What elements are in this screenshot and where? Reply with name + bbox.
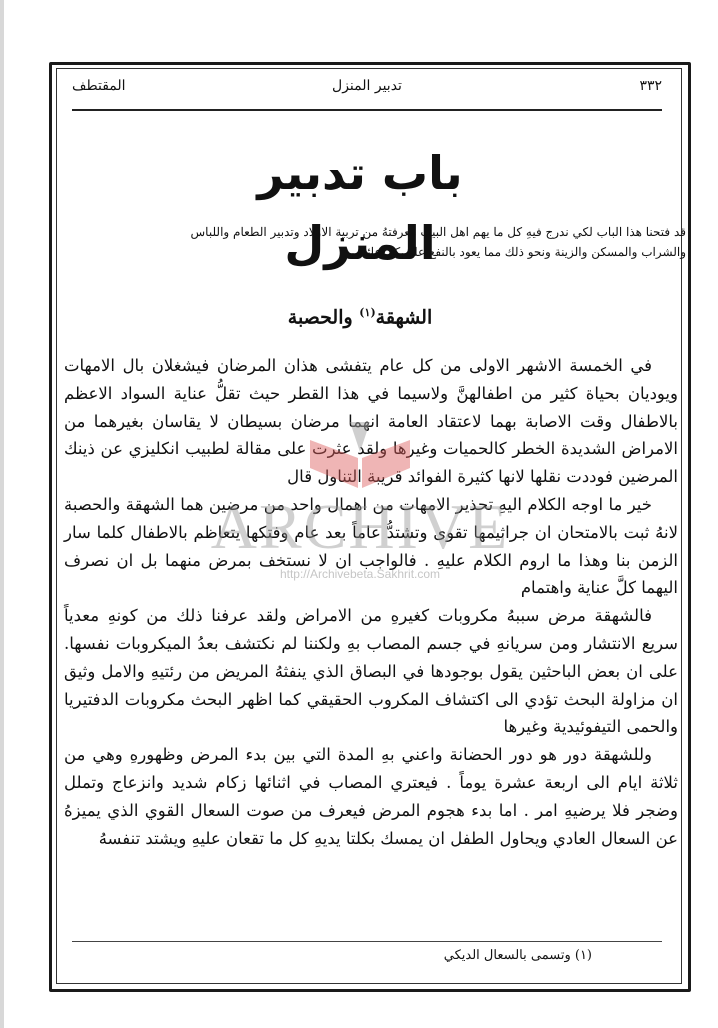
article-body: في الخمسة الاشهر الاولى من كل عام يتفشى … <box>64 352 678 852</box>
footnote: (١) وتسمى بالسعال الديكي <box>72 948 592 963</box>
paragraph: خير ما اوجه الكلام اليهِ تحذير الامهات م… <box>64 491 678 602</box>
header-rule <box>72 109 662 111</box>
footnote-marker[interactable]: (١) <box>359 306 375 319</box>
running-head: ٣٣٢ تدبير المنزل المقتطف <box>72 70 662 106</box>
intro-line: قد فتحنا هذا الباب لكي ندرج فيهِ كل ما ي… <box>56 222 686 242</box>
article-subheading: الشهقة(١) والحصبة <box>250 306 470 328</box>
intro-line: والشراب والمسكن والزينة ونحو ذلك مما يعو… <box>56 242 686 262</box>
paragraph: في الخمسة الاشهر الاولى من كل عام يتفشى … <box>64 352 678 491</box>
subheading-part: والحصبة <box>288 306 360 328</box>
paragraph: فالشهقة مرض سببهُ مكروبات كغيرهِ من الام… <box>64 602 678 741</box>
page-title: باب تدبير المنزل <box>200 138 520 208</box>
section-title: تدبير المنزل <box>72 78 662 94</box>
scan-edge <box>0 0 4 1028</box>
paragraph: وللشهقة دور هو دور الحضانة واعني بهِ الم… <box>64 741 678 852</box>
footnote-rule <box>72 941 662 942</box>
subheading-part: الشهقة <box>376 306 433 328</box>
journal-name: المقتطف <box>72 78 126 94</box>
intro-text: قد فتحنا هذا الباب لكي ندرج فيهِ كل ما ي… <box>56 222 686 262</box>
